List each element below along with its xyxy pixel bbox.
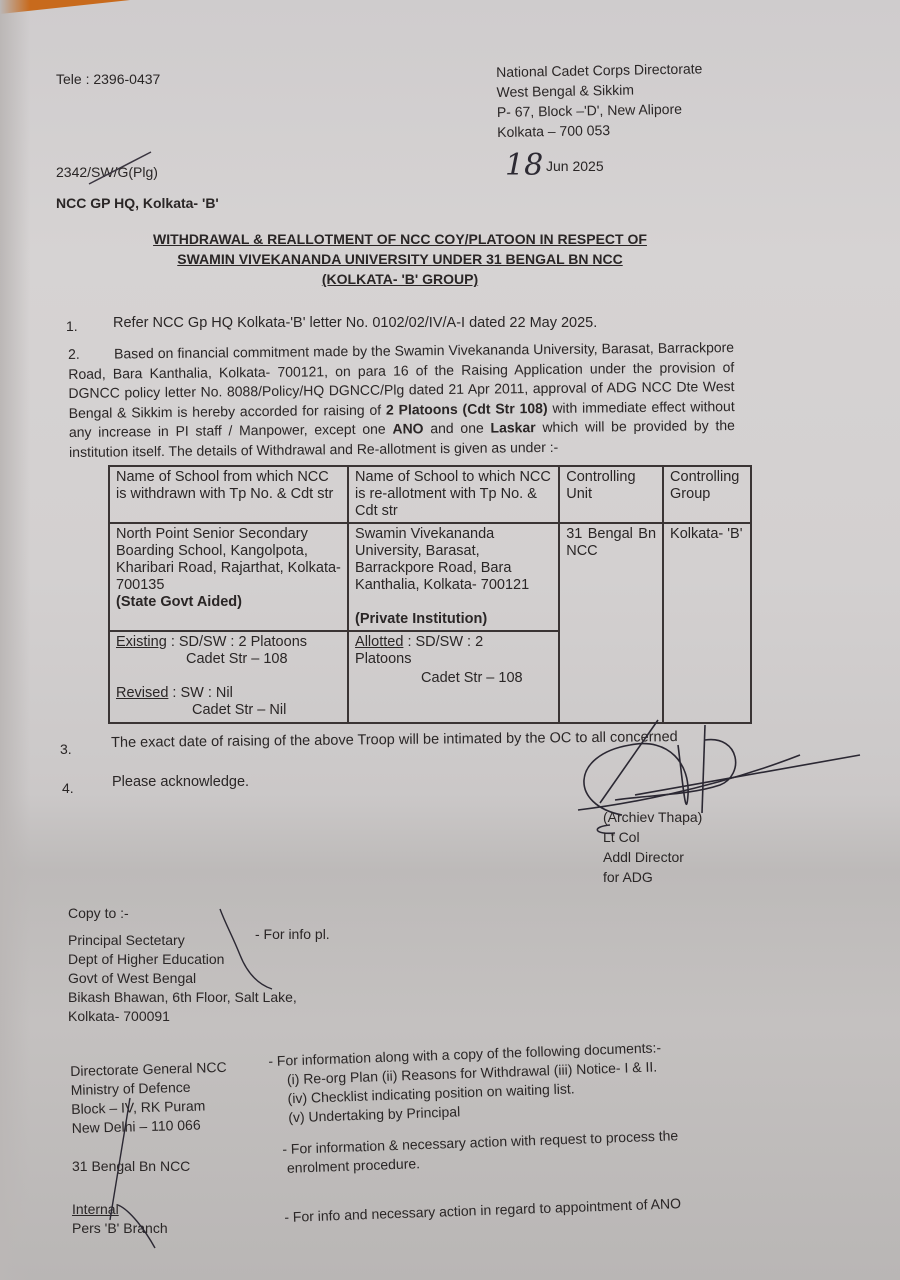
para-2-text: and one	[423, 420, 490, 437]
para-2-emphasis: ANO	[392, 420, 423, 436]
header-to-school: Name of School to which NCC is re-allotm…	[348, 466, 559, 523]
to-school-type: (Private Institution)	[355, 611, 552, 628]
existing-label: Existing	[116, 634, 167, 650]
tick-mark-icon	[100, 1090, 190, 1250]
page-shadow-edge	[0, 0, 30, 1280]
para-3-number: 3.	[60, 739, 72, 759]
cell-controlling-group: Kolkata- 'B'	[663, 523, 751, 723]
address-line: P- 67, Block –'D', New Alipore	[497, 98, 704, 122]
signatory-name: (Archiev Thapa)	[603, 807, 702, 827]
cell-controlling-unit: 31 Bengal Bn NCC	[559, 523, 663, 723]
copy-to-heading: Copy to :-	[68, 905, 129, 921]
letter-date: Jun 2025	[546, 158, 604, 174]
para-1-text: Refer NCC Gp HQ Kolkata-'B' letter No. 0…	[113, 313, 597, 333]
to-school-name: Swamin Vivekananda University, Barasat, …	[355, 526, 552, 594]
revised-cadet-strength: Cadet Str – Nil	[116, 702, 341, 719]
header-controlling-unit: Controlling Unit	[559, 466, 663, 523]
allotted-cadet-strength: Cadet Str – 108	[355, 670, 552, 687]
cell-allotted: Allotted : SD/SW : 2 Platoons Cadet Str …	[348, 631, 559, 723]
subject-heading: WITHDRAWAL & REALLOTMENT OF NCC COY/PLAT…	[110, 229, 690, 289]
existing-value: : SD/SW : 2 Platoons	[171, 634, 307, 650]
para-2-number: 2.	[68, 345, 80, 365]
cell-from-school: North Point Senior Secondary Boarding Sc…	[109, 523, 348, 631]
tick-mark-icon	[212, 905, 282, 1015]
addressee: NCC GP HQ, Kolkata- 'B'	[56, 195, 219, 211]
address-line: Directorate General NCC	[70, 1058, 227, 1081]
allotted-label: Allotted	[355, 634, 403, 650]
subject-line: SWAMIN VIVEKANANDA UNIVERSITY UNDER 31 B…	[110, 249, 690, 269]
handwritten-date-day: 18	[505, 148, 543, 183]
para-2-emphasis: Laskar	[490, 419, 535, 435]
para-4-text: Please acknowledge.	[112, 772, 249, 792]
table-header-row: Name of School from which NCC is withdra…	[109, 466, 751, 523]
allotted-value-cont: Platoons	[355, 651, 552, 668]
header-controlling-group: Controlling Group	[663, 466, 751, 523]
existing-cadet-strength: Cadet Str – 108	[116, 651, 341, 668]
cell-to-school: Swamin Vivekananda University, Barasat, …	[348, 523, 559, 631]
withdrawal-reallotment-table: Name of School from which NCC is withdra…	[108, 465, 752, 724]
signatory-on-behalf: for ADG	[603, 867, 702, 887]
recipient-2-note: - For information along with a copy of t…	[268, 1038, 663, 1128]
para-2: 2. Based on financial commitment made by…	[68, 338, 735, 462]
cell-existing-revised: Existing : SD/SW : 2 Platoons Cadet Str …	[109, 631, 348, 723]
table-row: North Point Senior Secondary Boarding Sc…	[109, 523, 751, 631]
signatory-rank: Lt Col	[603, 827, 702, 847]
subject-line: (KOLKATA- 'B' GROUP)	[110, 269, 690, 289]
telephone: Tele : 2396-0437	[56, 71, 160, 87]
signatory-block: (Archiev Thapa) Lt Col Addl Director for…	[603, 807, 702, 887]
signatory-designation: Addl Director	[603, 847, 702, 867]
allotted-value: : SD/SW : 2	[407, 634, 483, 650]
para-2-emphasis: 2 Platoons (Cdt Str 108)	[386, 399, 548, 417]
revised-value: : SW : Nil	[172, 685, 232, 701]
subject-line: WITHDRAWAL & REALLOTMENT OF NCC COY/PLAT…	[110, 229, 690, 249]
header-from-school: Name of School from which NCC is withdra…	[109, 466, 348, 523]
revised-label: Revised	[116, 685, 168, 701]
para-4-number: 4.	[62, 778, 74, 798]
para-1-number: 1.	[66, 316, 78, 336]
address-line: Kolkata – 700 053	[497, 118, 704, 142]
directorate-address: National Cadet Corps Directorate West Be…	[496, 58, 704, 142]
from-school-name: North Point Senior Secondary Boarding Sc…	[116, 526, 341, 594]
pen-stroke-icon	[85, 148, 155, 188]
from-school-type: (State Govt Aided)	[116, 594, 341, 611]
address-line: National Cadet Corps Directorate	[496, 58, 703, 82]
